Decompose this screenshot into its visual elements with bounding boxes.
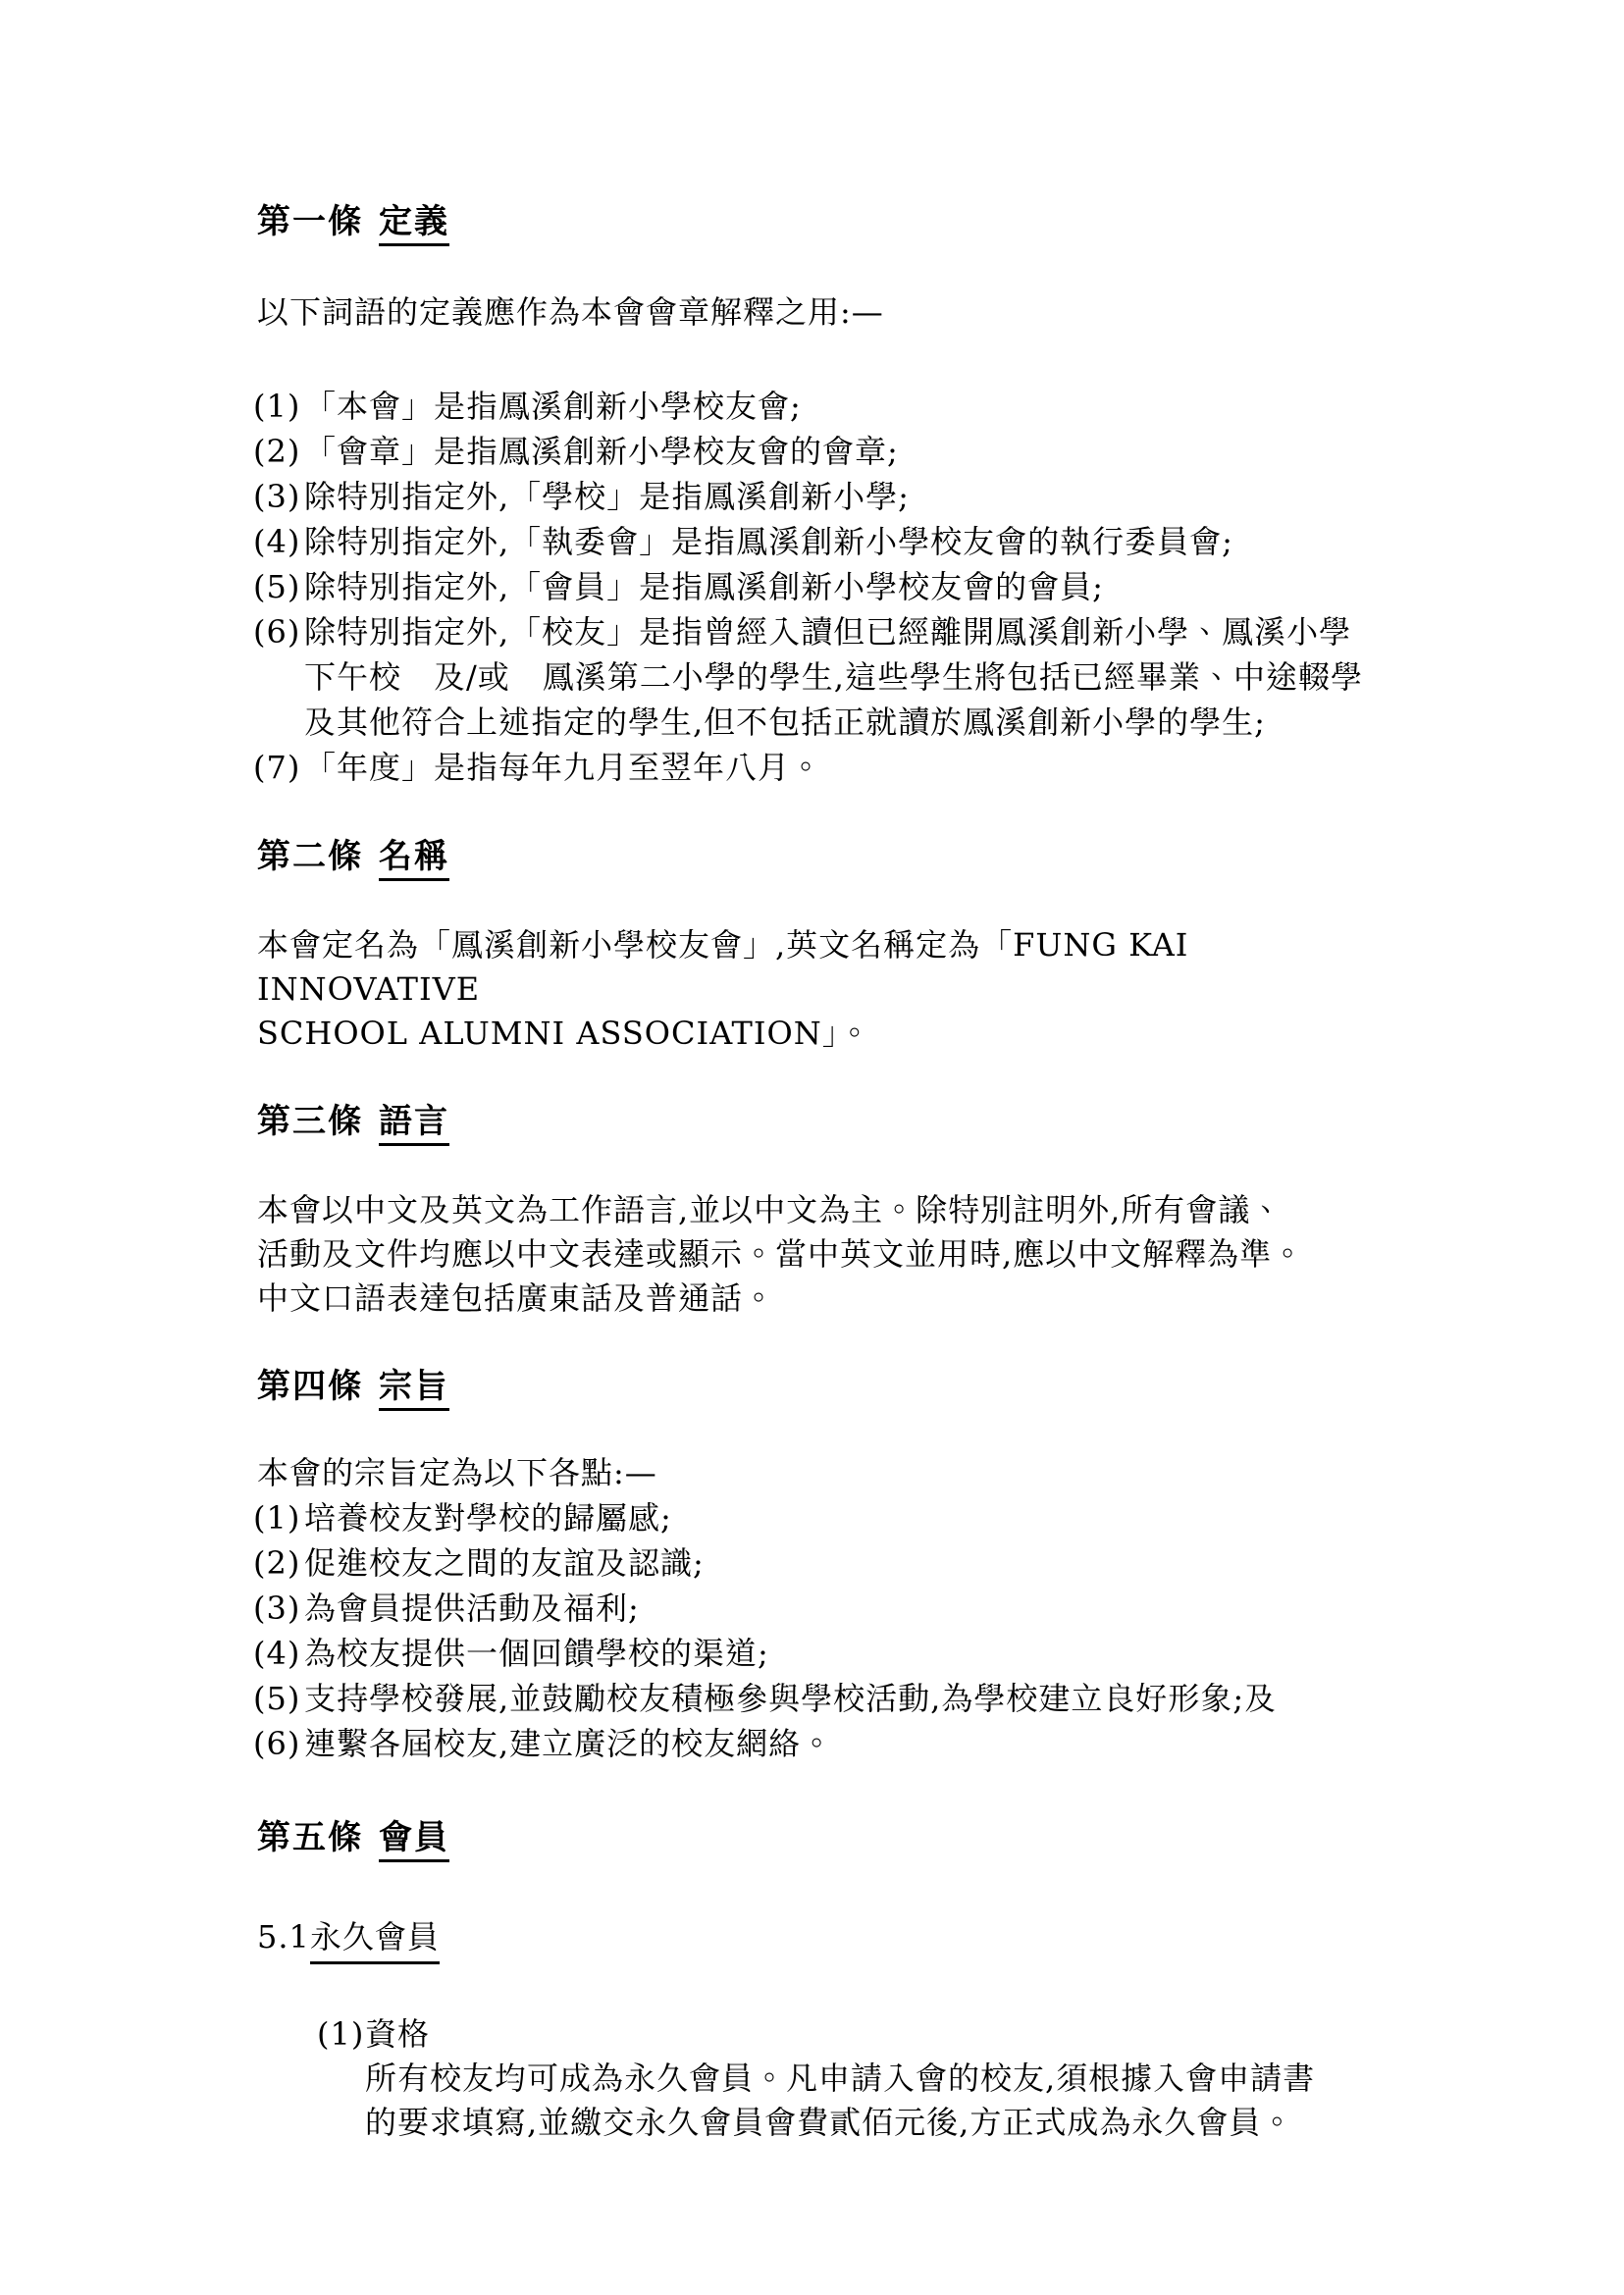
- article-3-title: 語言: [379, 1102, 449, 1146]
- clause-marker: (2): [253, 1540, 304, 1586]
- clause-text: 除特別指定外,「執委會」是指鳳溪創新小學校友會的執行委員會;: [304, 519, 1381, 564]
- subsection-5-1-heading: 5.1 永久會員: [257, 1915, 1381, 1964]
- article-4-clause-list: (1) 培養校友對學校的歸屬感; (2) 促進校友之間的友誼及認識; (3) 為…: [253, 1495, 1381, 1766]
- clause-text: 「年度」是指每年九月至翌年八月。: [304, 745, 1381, 790]
- article-3-body: 本會以中文及英文為工作語言,並以中文為主。除特別註明外,所有會議、 活動及文件均…: [257, 1188, 1381, 1321]
- clause-marker: (6): [253, 1721, 304, 1766]
- clause-text: 促進校友之間的友誼及認識;: [304, 1540, 1381, 1586]
- clause-marker: (2): [253, 429, 304, 474]
- clause-text: 為校友提供一個回饋學校的渠道;: [304, 1631, 1381, 1676]
- clause-marker: (4): [253, 1631, 304, 1676]
- clause-item: (6) 除特別指定外,「校友」是指曾經入讀但已經離開鳳溪創新小學、鳳溪小學 下午…: [253, 609, 1381, 745]
- clause-text: 支持學校發展,並鼓勵校友積極參與學校活動,為學校建立良好形象;及: [304, 1676, 1381, 1721]
- clause-item: (1) 「本會」是指鳳溪創新小學校友會;: [253, 384, 1381, 429]
- clause-item: (5) 除特別指定外,「會員」是指鳳溪創新小學校友會的會員;: [253, 564, 1381, 609]
- article-2-title: 名稱: [379, 837, 449, 881]
- clause-item: (4) 為校友提供一個回饋學校的渠道;: [253, 1631, 1381, 1676]
- clause-text: 為會員提供活動及福利;: [304, 1586, 1381, 1631]
- article-4-title: 宗旨: [379, 1367, 449, 1411]
- article-2-heading: 第二條名稱: [257, 835, 1381, 879]
- subsection-5-1-clause: (1) 資格 所有校友均可成為永久會員。凡申請入會的校友,須根據入會申請書 的要…: [317, 2012, 1381, 2145]
- clause-text: 「本會」是指鳳溪創新小學校友會;: [304, 384, 1381, 429]
- clause-item: (6) 連繫各屆校友,建立廣泛的校友網絡。: [253, 1721, 1381, 1766]
- document-page: 第一條定義 以下詞語的定義應作為本會會章解釋之用:— (1) 「本會」是指鳳溪創…: [0, 0, 1624, 2295]
- clause-marker: (3): [253, 474, 304, 519]
- clause-text: 資格 所有校友均可成為永久會員。凡申請入會的校友,須根據入會申請書 的要求填寫,…: [365, 2012, 1381, 2145]
- clause-marker: (3): [253, 1586, 304, 1631]
- article-5-heading: 第五條會員: [257, 1816, 1381, 1860]
- article-4-number: 第四條: [257, 1367, 363, 1406]
- subsection-5-1-number: 5.1: [257, 1915, 310, 1964]
- article-1-number: 第一條: [257, 202, 363, 241]
- clause-text: 除特別指定外,「會員」是指鳳溪創新小學校友會的會員;: [304, 564, 1381, 609]
- article-2-body: 本會定名為「鳳溪創新小學校友會」,英文名稱定為「FUNG KAI INNOVAT…: [257, 923, 1381, 1056]
- subsection-5-1-title: 永久會員: [310, 1915, 440, 1964]
- article-4-heading: 第四條宗旨: [257, 1365, 1381, 1409]
- clause-item: (4) 除特別指定外,「執委會」是指鳳溪創新小學校友會的執行委員會;: [253, 519, 1381, 564]
- clause-marker: (5): [253, 1676, 304, 1721]
- clause-marker: (5): [253, 564, 304, 609]
- article-1-clause-list: (1) 「本會」是指鳳溪創新小學校友會; (2) 「會章」是指鳳溪創新小學校友會…: [253, 384, 1381, 790]
- clause-item: (2) 「會章」是指鳳溪創新小學校友會的會章;: [253, 429, 1381, 474]
- article-4-intro: 本會的宗旨定為以下各點:—: [257, 1451, 1381, 1495]
- clause-item: (3) 除特別指定外,「學校」是指鳳溪創新小學;: [253, 474, 1381, 519]
- clause-text: 「會章」是指鳳溪創新小學校友會的會章;: [304, 429, 1381, 474]
- article-1-intro: 以下詞語的定義應作為本會會章解釋之用:—: [257, 290, 1381, 335]
- clause-text: 除特別指定外,「學校」是指鳳溪創新小學;: [304, 474, 1381, 519]
- clause-marker: (1): [317, 2012, 365, 2057]
- article-2-number: 第二條: [257, 837, 363, 876]
- clause-item: (2) 促進校友之間的友誼及認識;: [253, 1540, 1381, 1586]
- article-3-heading: 第三條語言: [257, 1100, 1381, 1144]
- clause-marker: (1): [253, 1495, 304, 1540]
- clause-text: 培養校友對學校的歸屬感;: [304, 1495, 1381, 1540]
- clause-marker: (1): [253, 384, 304, 429]
- article-3-number: 第三條: [257, 1102, 363, 1141]
- clause-item: (1) 培養校友對學校的歸屬感;: [253, 1495, 1381, 1540]
- clause-text: 除特別指定外,「校友」是指曾經入讀但已經離開鳳溪創新小學、鳳溪小學 下午校 及/…: [304, 609, 1381, 745]
- clause-item: (5) 支持學校發展,並鼓勵校友積極參與學校活動,為學校建立良好形象;及: [253, 1676, 1381, 1721]
- article-5-title: 會員: [379, 1818, 449, 1862]
- clause-marker: (4): [253, 519, 304, 564]
- article-1-title: 定義: [379, 202, 449, 246]
- clause-item: (7) 「年度」是指每年九月至翌年八月。: [253, 745, 1381, 790]
- article-5-number: 第五條: [257, 1818, 363, 1857]
- clause-text: 連繫各屆校友,建立廣泛的校友網絡。: [304, 1721, 1381, 1766]
- clause-marker: (7): [253, 745, 304, 790]
- clause-item: (3) 為會員提供活動及福利;: [253, 1586, 1381, 1631]
- article-1-heading: 第一條定義: [257, 200, 1381, 244]
- clause-marker: (6): [253, 609, 304, 654]
